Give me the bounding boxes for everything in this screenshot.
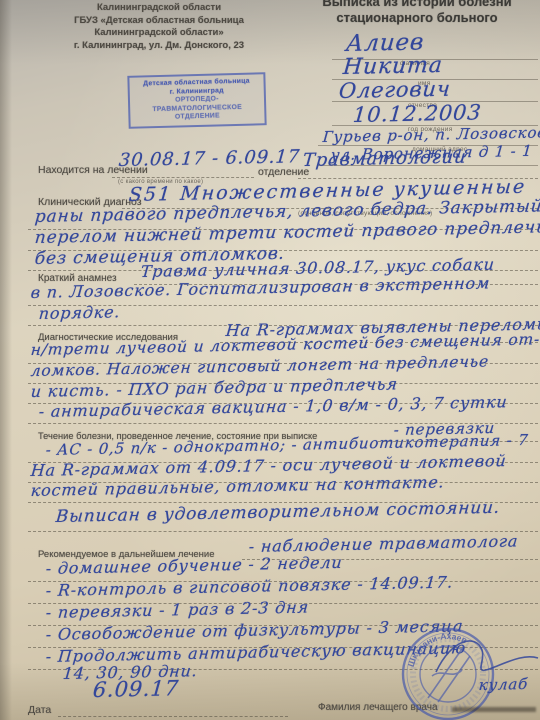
patient-patronymic-value: Олегович [338,77,452,103]
date-value: 6.09.17 [92,676,180,702]
org-header: Калининградской области ГБУЗ «Детская об… [28,2,290,52]
page-title-line-2: стационарного больного [296,10,538,26]
fine-print-smudge [452,707,536,712]
org-line-1: Калининградской области [28,2,290,15]
org-line-3: Калининградской области» [28,27,290,40]
date-label: Дата [28,704,51,716]
patient-name-value: Никита [342,53,444,80]
document-photo: Калининградской области ГБУЗ «Детская об… [0,0,540,720]
org-line-4: г. Калининград, ул. Дм. Донского, 23 [28,40,290,53]
anamnesis-line-3: порядке. [38,302,121,323]
doctor-signature-fragment: кулаб [478,675,529,694]
recommendations-inline-value: - наблюдение травматолога [248,531,519,556]
recommendation-line-3: - перевязки - 1 раз в 2-3 дня [45,598,310,622]
page-title-line-1: Выписка из истории болезни [296,0,538,10]
department-stamp: Детская областная больница г. Калинингра… [127,72,266,128]
stay-dept-value: Травматологии [302,147,467,171]
patient-birthdate-value: 10.12.2003 [352,100,483,127]
page-title: Выписка из истории болезни стационарного… [296,0,538,26]
org-line-2: ГБУЗ «Детская областная больница [28,15,290,28]
